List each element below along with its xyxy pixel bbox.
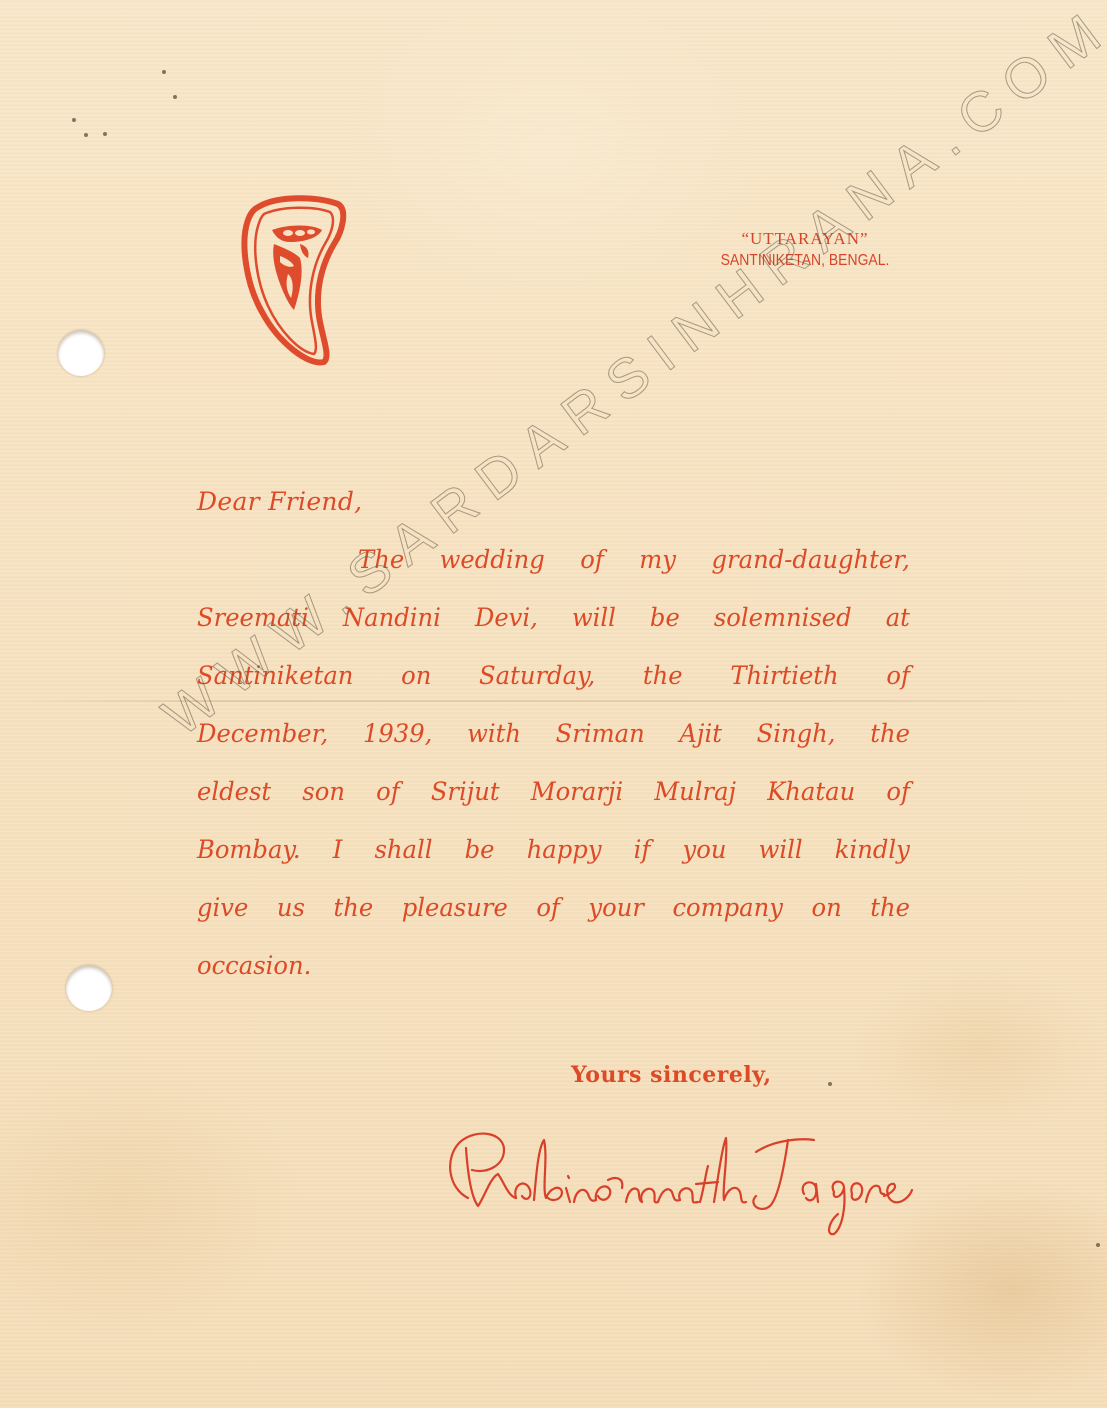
word: on bbox=[401, 656, 431, 714]
word: Srijut bbox=[431, 772, 500, 830]
tagore-monogram-seal-icon bbox=[238, 192, 348, 367]
word: you bbox=[683, 830, 727, 888]
word: solemnised bbox=[714, 598, 852, 656]
word: my bbox=[639, 540, 676, 598]
word: shall bbox=[374, 830, 432, 888]
word: Ajit bbox=[679, 714, 722, 772]
word: if bbox=[634, 830, 651, 888]
word: Morarji bbox=[531, 772, 623, 830]
paper-speck bbox=[162, 70, 166, 74]
word: The bbox=[358, 540, 404, 598]
word: Devi, bbox=[475, 598, 538, 656]
word: be bbox=[650, 598, 680, 656]
place-name: SANTINIKETAN, BENGAL. bbox=[693, 250, 918, 272]
word: the bbox=[333, 888, 373, 946]
paper-speck bbox=[72, 118, 76, 122]
closing: Yours sincerely, bbox=[571, 1062, 772, 1088]
punch-hole-top bbox=[58, 330, 104, 376]
word: I bbox=[333, 830, 343, 888]
word: pleasure bbox=[402, 888, 508, 946]
body-line-7: give us the pleasure of your company on … bbox=[197, 888, 910, 946]
word: will bbox=[572, 598, 616, 656]
word: wedding bbox=[440, 540, 545, 598]
word: Singh, bbox=[757, 714, 836, 772]
paper-speck bbox=[828, 1082, 832, 1086]
paper-speck bbox=[103, 132, 107, 136]
paper-speck bbox=[1096, 1243, 1100, 1247]
body-line-6: Bombay. I shall be happy if you will kin… bbox=[197, 830, 910, 888]
word: grand-daughter, bbox=[712, 540, 910, 598]
word: the bbox=[643, 656, 683, 714]
word: Nandini bbox=[343, 598, 441, 656]
word: the bbox=[870, 714, 910, 772]
word: of bbox=[536, 888, 560, 946]
word: at bbox=[886, 598, 910, 656]
word: kindly bbox=[835, 830, 910, 888]
word: Saturday, bbox=[479, 656, 595, 714]
body-line-2: Sreemati Nandini Devi, will be solemnise… bbox=[197, 598, 910, 656]
body-line-3: Santiniketan on Saturday, the Thirtieth … bbox=[197, 656, 910, 714]
word: company bbox=[672, 888, 782, 946]
word: Bombay. bbox=[197, 830, 301, 888]
house-name: “UTTARAYAN” bbox=[680, 228, 930, 250]
word: December, bbox=[197, 714, 328, 772]
body-line-5: eldest son of Srijut Morarji Mulraj Khat… bbox=[197, 772, 910, 830]
body-line-8: occasion. bbox=[197, 946, 910, 1004]
word: on bbox=[811, 888, 841, 946]
word: Mulraj bbox=[654, 772, 736, 830]
word: Sriman bbox=[556, 714, 645, 772]
word: give bbox=[197, 888, 248, 946]
word: of bbox=[580, 540, 604, 598]
word: the bbox=[870, 888, 910, 946]
word: will bbox=[759, 830, 803, 888]
word: of bbox=[886, 656, 910, 714]
word: Thirtieth bbox=[730, 656, 838, 714]
word: of bbox=[376, 772, 400, 830]
paper-speck bbox=[84, 133, 88, 137]
letterhead-address: “UTTARAYAN” SANTINIKETAN, BENGAL. bbox=[680, 228, 930, 272]
body-line-1: The wedding of my grand-daughter, bbox=[197, 540, 910, 598]
signature-rabindranath-tagore: Rabindranath Tagore bbox=[438, 1118, 918, 1238]
word: of bbox=[886, 772, 910, 830]
word: Khatau bbox=[767, 772, 855, 830]
word: your bbox=[588, 888, 644, 946]
salutation: Dear Friend, bbox=[197, 482, 911, 540]
word: happy bbox=[527, 830, 602, 888]
word: eldest bbox=[197, 772, 271, 830]
word: Santiniketan bbox=[197, 656, 353, 714]
body-line-4: December, 1939, with Sriman Ajit Singh, … bbox=[197, 714, 910, 772]
letter-page: “UTTARAYAN” SANTINIKETAN, BENGAL. Dear F… bbox=[0, 0, 1107, 1408]
word: us bbox=[277, 888, 305, 946]
word: with bbox=[467, 714, 521, 772]
punch-hole-bottom bbox=[66, 965, 112, 1011]
letter-body: Dear Friend, The wedding of my grand-dau… bbox=[197, 482, 911, 1004]
word: 1939, bbox=[363, 714, 432, 772]
word: occasion. bbox=[197, 946, 311, 1004]
word: be bbox=[465, 830, 495, 888]
paper-speck bbox=[173, 95, 177, 99]
word: Sreemati bbox=[197, 598, 309, 656]
word: son bbox=[302, 772, 345, 830]
